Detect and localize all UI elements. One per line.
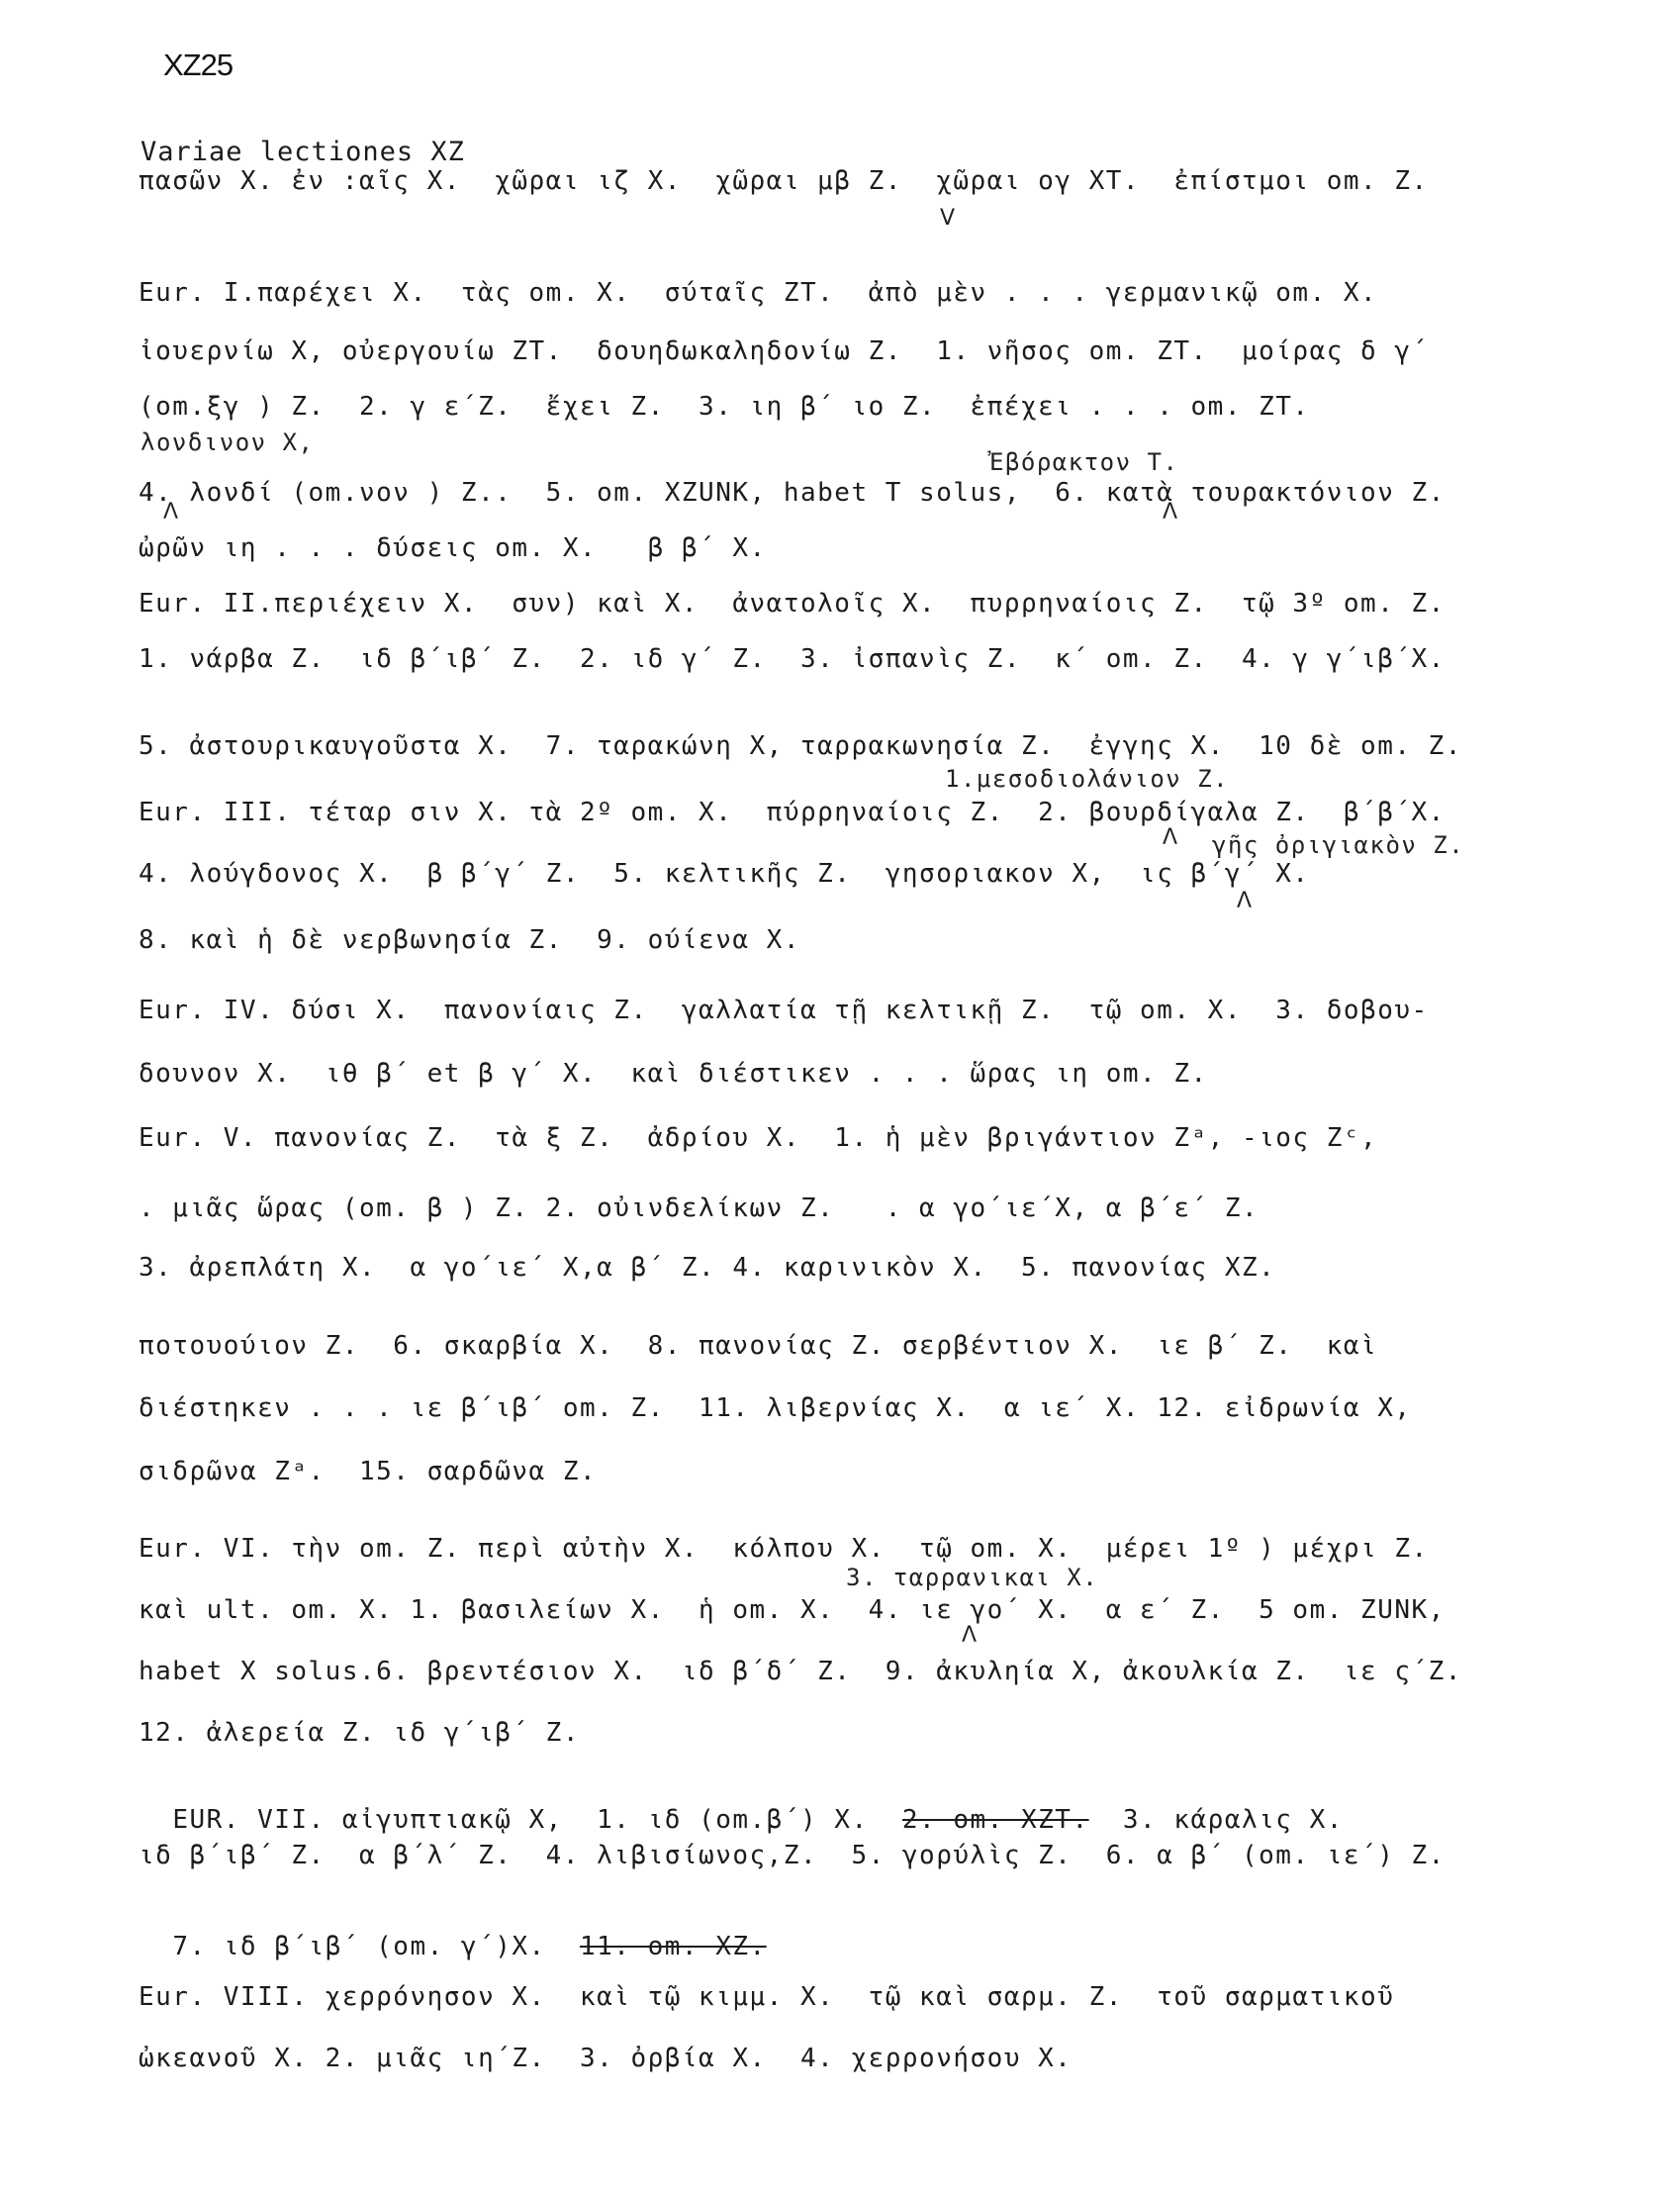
- struck-through-text: 2. om. XZT.: [902, 1805, 1089, 1835]
- text-line: Eur. I.παρέχει X. τὰς om. X. σύταῖς ZT. …: [139, 280, 1377, 306]
- insertion-caret-icon: Λ: [1163, 500, 1177, 525]
- text-line: σιδρῶνα Zᵃ. 15. σαρδῶνα Z.: [139, 1459, 597, 1484]
- text-line: Eur. II.περιέχειν X. συν) καὶ X. ἀνατολο…: [139, 591, 1446, 617]
- interlinear-insertion: λονδινον X,: [140, 430, 314, 454]
- text-line: 1. νάρβα Z. ιδ β΄ιβ΄ Z. 2. ιδ γ΄ Z. 3. ἰ…: [139, 646, 1446, 672]
- interlinear-insertion: γῆς ὀριγιακὸν Z.: [1212, 833, 1464, 857]
- text-line: καὶ ult. om. X. 1. βασιλείων X. ἡ om. X.…: [139, 1597, 1446, 1623]
- insertion-caret-icon: Λ: [962, 1623, 977, 1648]
- text-line: ὠκεανοῦ X. 2. μιᾶς ιη΄Z. 3. ὀρβία X. 4. …: [139, 2046, 1072, 2071]
- text-line: δουνον X. ιθ β΄ et β γ΄ X. καὶ διέστικεν…: [139, 1061, 1208, 1087]
- insertion-caret-icon: Λ: [1237, 889, 1252, 913]
- text-line: . μιᾶς ὥρας (om. β ) Z. 2. οὐινδελίκων Z…: [139, 1195, 1259, 1221]
- text-line: ιδ β΄ιβ΄ Z. α β΄λ΄ Z. 4. λιβισίωνος,Z. 5…: [139, 1843, 1446, 1868]
- insertion-caret-icon: Λ: [163, 500, 178, 525]
- interlinear-insertion: 1.μεσοδιολάνιον Z.: [945, 767, 1229, 791]
- text-line: ποτουούιον Z. 6. σκαρβία X. 8. πανονίας …: [139, 1333, 1377, 1359]
- text-line: πασῶν X. ἐν :αῖς X. χῶραι ιζ X. χῶραι μβ…: [139, 168, 1429, 194]
- text-line: Eur. V. πανονίας Z. τὰ ξ Z. ἀδρίου X. 1.…: [139, 1125, 1377, 1151]
- text-line: ἰουερνίω X, οὐεργουίω ZT. δουηδωκαληδονί…: [139, 338, 1429, 364]
- interlinear-insertion: Ἐβόρακτον T.: [989, 450, 1178, 474]
- text-line: EUR. VII. αἰγυπτιακῷ X, 1. ιδ (om.β΄) X.…: [139, 1781, 1344, 1833]
- text-line: Eur. IV. δύσι X. πανονίαις Z. γαλλατία τ…: [139, 998, 1429, 1023]
- text-line: διέστηκεν . . . ιε β΄ιβ΄ om. Z. 11. λιβε…: [139, 1395, 1412, 1421]
- text-line: 8. καὶ ἡ δὲ νερβωνησία Z. 9. ούίενα X.: [139, 927, 800, 953]
- line-segment: 7. ιδ β΄ιβ΄ (om. γ΄)X.: [172, 1932, 580, 1961]
- text-line: Eur. VI. τὴν om. Z. περὶ αὐτὴν X. κόλπου…: [139, 1536, 1429, 1562]
- text-line: Eur. III. τέταρ σιν X. τὰ 2º om. X. πύρρ…: [139, 800, 1446, 825]
- line-segment: 3. κάραλις X.: [1089, 1805, 1344, 1835]
- text-line: (om.ξγ ) Z. 2. γ ε΄Z. ἔχει Z. 3. ιη β΄ ι…: [139, 394, 1310, 420]
- text-line: 4. λονδί (om.νον ) Z.. 5. om. XZUNK, hab…: [139, 480, 1446, 506]
- text-line: Eur. VIII. χερρόνησον X. καὶ τῷ κιμμ. X.…: [139, 1984, 1394, 2010]
- text-line: 12. ἀλερεία Z. ιδ γ΄ιβ΄ Z.: [139, 1720, 580, 1746]
- text-line: 4. λούγδονος X. β β΄γ΄ Z. 5. κελτικῆς Z.…: [139, 861, 1310, 887]
- document-heading: Variae lectiones XZ: [140, 139, 465, 165]
- page-id: XZ25: [163, 48, 233, 83]
- struck-through-text: 11. om. XZ.: [580, 1932, 767, 1961]
- interlinear-insertion: 3. ταρρανικαι X.: [846, 1566, 1098, 1589]
- text-line: 3. ἀρεπλάτη X. α γο΄ιε΄ X,α β΄ Z. 4. καρ…: [139, 1255, 1275, 1281]
- line-segment: EUR. VII. αἰγυπτιακῷ X, 1. ιδ (om.β΄) X.: [172, 1805, 902, 1835]
- text-line: ὠρῶν ιη . . . δύσεις om. X. β β΄ X.: [139, 535, 767, 561]
- insertion-caret-icon: Λ: [1163, 825, 1177, 850]
- text-line: 5. ἀστουρικαυγοῦστα X. 7. ταρακώνη X, τα…: [139, 733, 1462, 759]
- text-line: habet X solus.6. βρεντέσιον X. ιδ β΄δ΄ Z…: [139, 1659, 1462, 1684]
- text-line: 7. ιδ β΄ιβ΄ (om. γ΄)X. 11. om. XZ.: [139, 1908, 767, 1959]
- insertion-caret-icon: V: [940, 206, 955, 231]
